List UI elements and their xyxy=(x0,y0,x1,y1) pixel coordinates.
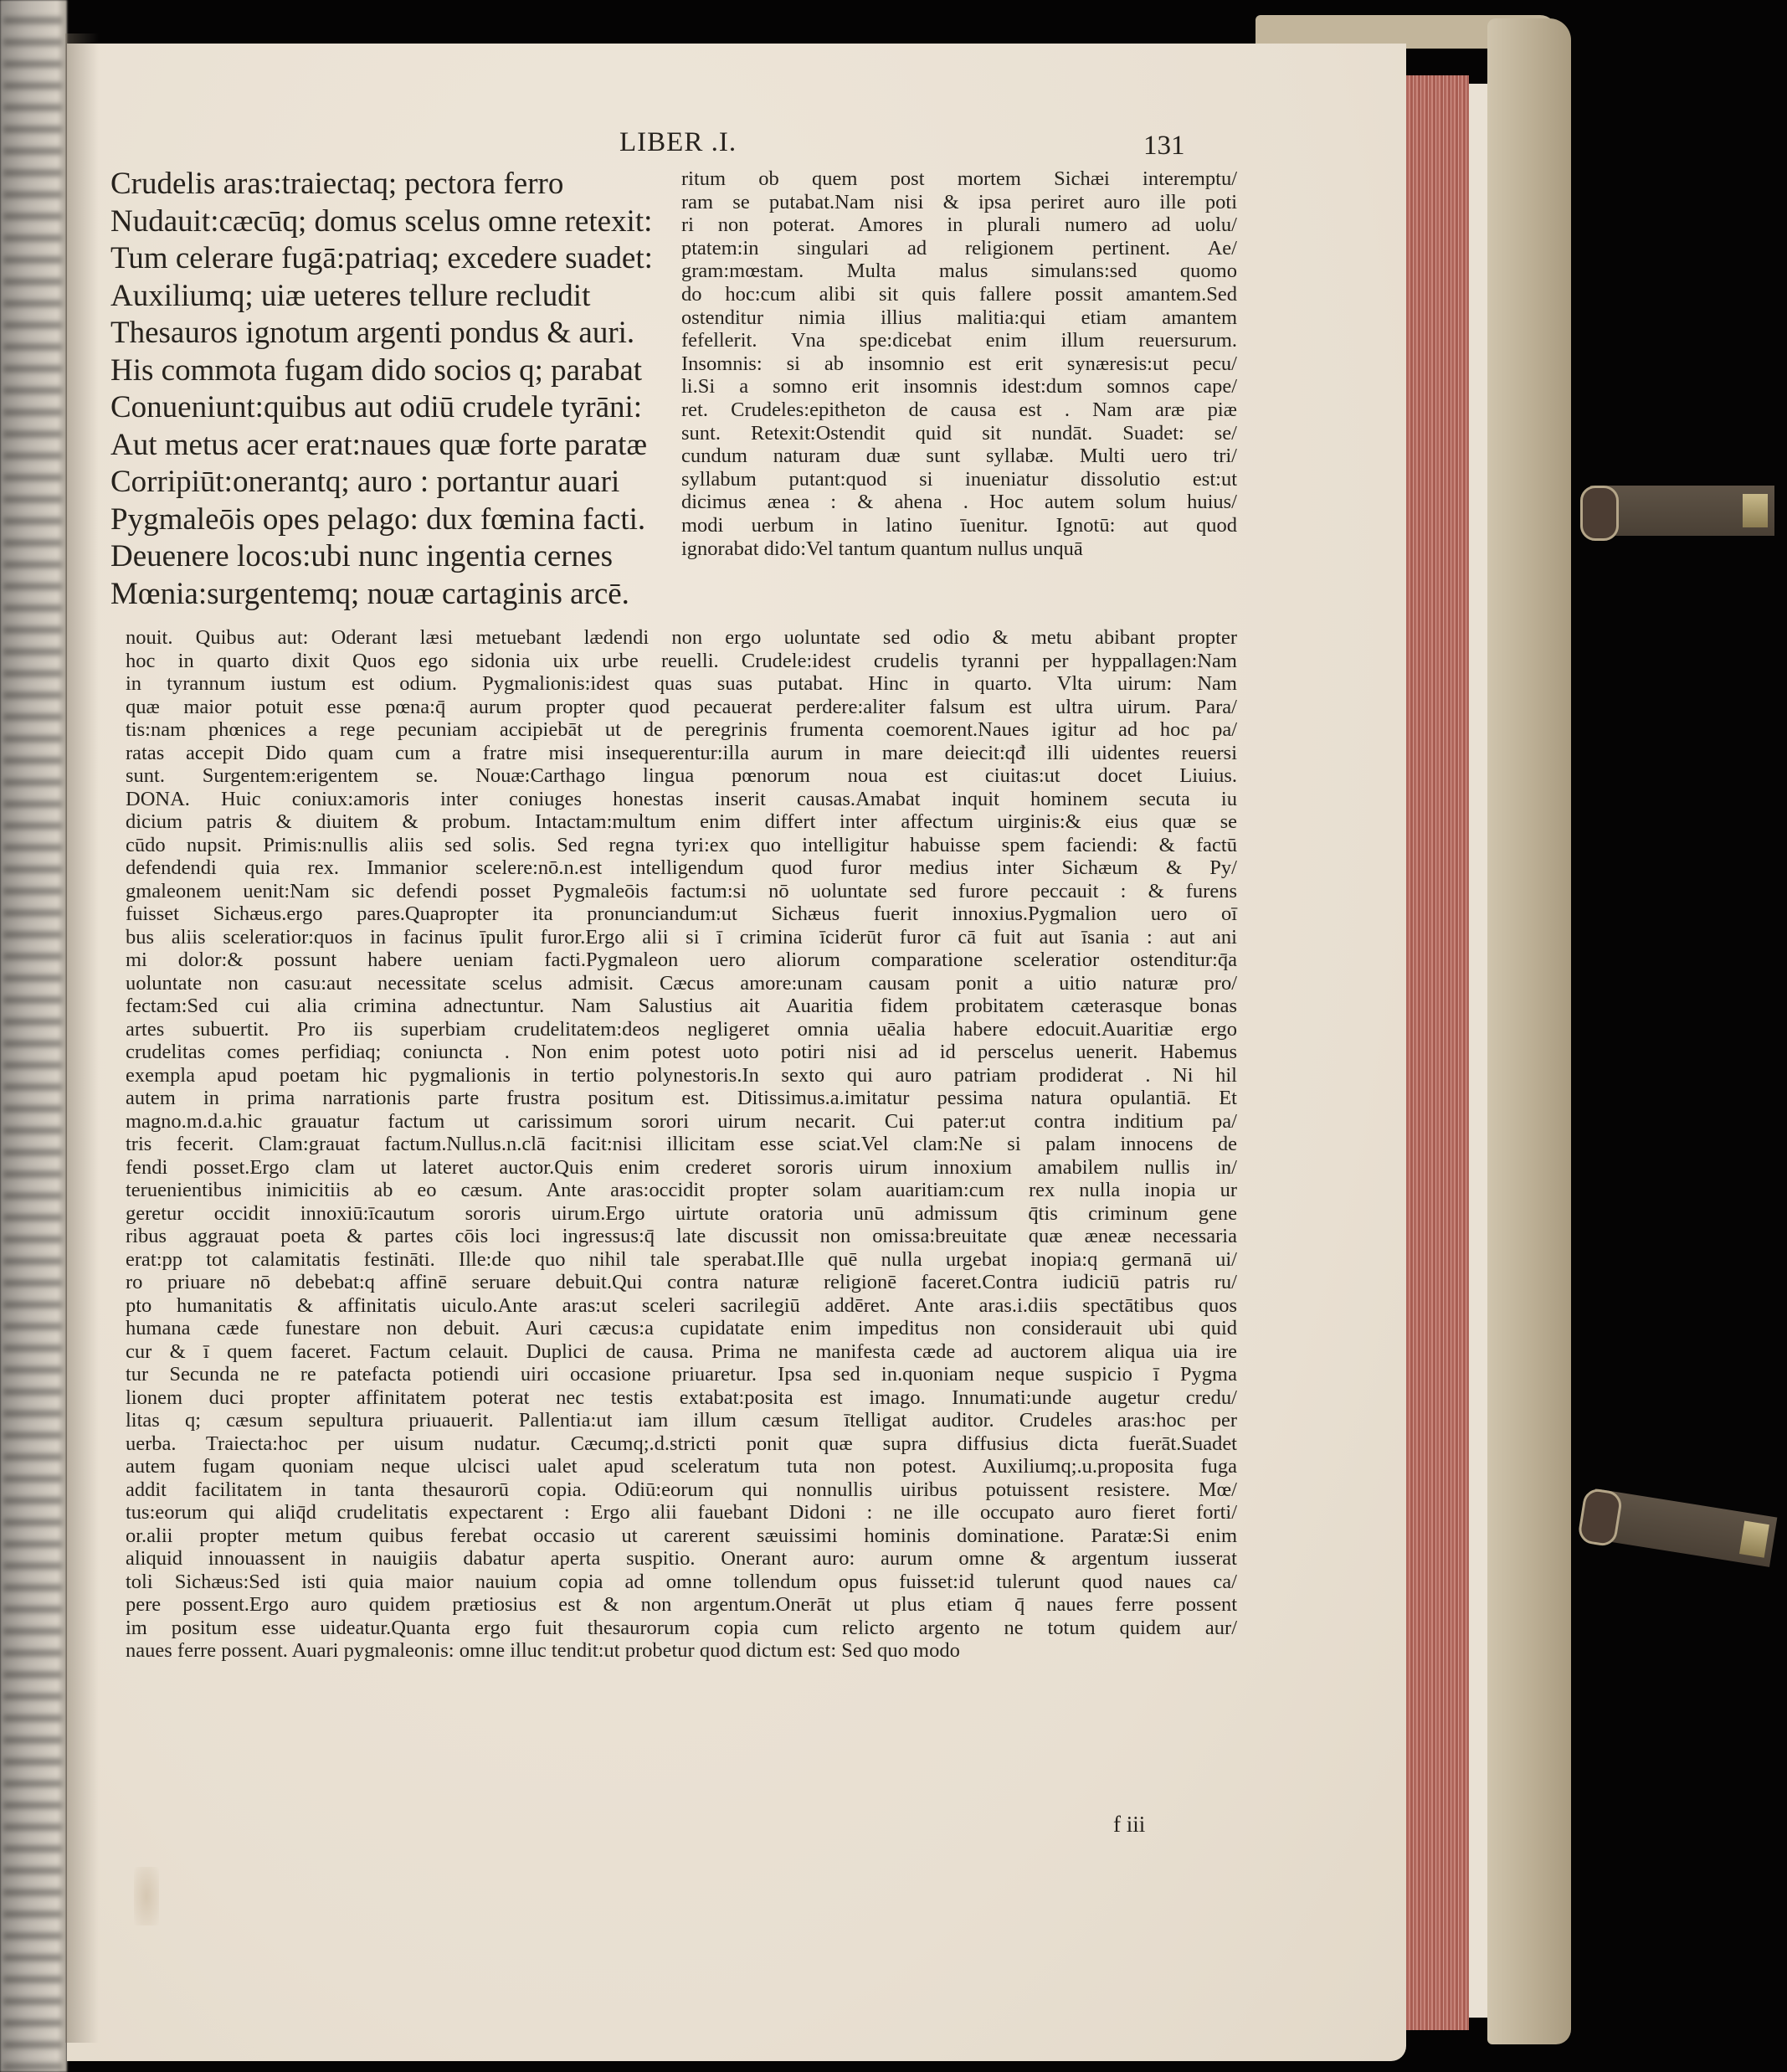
commentary-line: mi dolor:& possunt habere ueniam facti.P… xyxy=(126,949,1237,972)
verse-line: Auxiliumq; uiæ ueteres tellure recludit xyxy=(110,278,680,316)
verse-line: Deuenere locos:ubi nunc ingentia cernes xyxy=(110,538,680,576)
commentary-line: exempla apud poetam hic pygmalionis in t… xyxy=(126,1064,1237,1087)
commentary-line: crudelitas comes perfidiaq; coniuncta . … xyxy=(126,1041,1237,1064)
commentary-line: modi uerbum in latino īuenitur. Ignotū: … xyxy=(681,514,1237,537)
commentary-line: lionem duci propter affinitatem poterat … xyxy=(126,1386,1237,1410)
commentary-line: fuisset Sichæus.ergo pares.Quapropter it… xyxy=(126,902,1237,926)
verse-line: Thesauros ignotum argenti pondus & auri. xyxy=(110,315,680,352)
commentary-line: quæ maior potuit esse pœna:q̄ aurum prop… xyxy=(126,696,1237,719)
commentary-line: naues ferre possent. Auari pygmaleonis: … xyxy=(126,1639,1237,1663)
clasp-upper xyxy=(1590,486,1774,536)
commentary-line: sunt. Surgentem:erigentem se. Nouæ:Carth… xyxy=(126,764,1237,788)
commentary-line: erat:pp tot calamitatis festināti. Ille:… xyxy=(126,1248,1237,1272)
facing-page-left xyxy=(0,0,67,2072)
commentary-line: fendi posset.Ergo clam ut lateret auctor… xyxy=(126,1156,1237,1180)
signature-mark: f iii xyxy=(1113,1812,1145,1838)
commentary-line: cundum naturam duæ sunt syllabæ. Multi u… xyxy=(681,445,1237,468)
verse-line: Corripiūt:onerantq; auro : portantur aua… xyxy=(110,464,680,501)
commentary-line: DONA. Huic coniux:amoris inter coniuges … xyxy=(126,788,1237,811)
commentary-line: dicimus ænea : & ahena . Hoc autem solum… xyxy=(681,491,1237,514)
commentary-line: magno.m.d.a.hic grauatur factum ut caris… xyxy=(126,1110,1237,1134)
commentary-line: ri non poterat. Amores in plurali numero… xyxy=(681,213,1237,237)
clasp-knob-icon xyxy=(1577,1487,1624,1547)
brass-catch-icon xyxy=(1739,1521,1769,1558)
commentary-line: tis:nam phœnices a rege pecuniam accipie… xyxy=(126,718,1237,742)
facing-page-text-blur xyxy=(3,17,62,2072)
commentary-line: addit facilitatem in tanta thesaurorū co… xyxy=(126,1478,1237,1502)
commentary-line: im positum esse uideatur.Quanta ergo fui… xyxy=(126,1617,1237,1640)
commentary-line: syllabum putant:quod si inueniatur disso… xyxy=(681,468,1237,491)
commentary-line: tur Secunda ne re patefacta potiendi uir… xyxy=(126,1363,1237,1386)
commentary-line: or.alii propter metum quibus ferebat occ… xyxy=(126,1524,1237,1548)
commentary-line: litas q; cæsum sepultura priuauerit. Pal… xyxy=(126,1409,1237,1432)
commentary-line: nouit. Quibus aut: Oderant læsi metueban… xyxy=(126,626,1237,650)
gutter-shadow xyxy=(65,33,99,2043)
commentary-line: uerba. Traiecta:hoc per uisum nudatur. C… xyxy=(126,1432,1237,1456)
clasp-knob-icon xyxy=(1580,486,1619,541)
verse-line: Mœnia:surgentemq; nouæ cartaginis arcē. xyxy=(110,576,680,614)
commentary-line: cur & ī quem faceret. Factum celauit. Du… xyxy=(126,1340,1237,1364)
commentary-line: pto humanitatis & affinitatis uiculo.Ant… xyxy=(126,1294,1237,1318)
clasp-lower xyxy=(1588,1488,1778,1567)
commentary-column: ritum ob quem post mortem Sichæi interem… xyxy=(681,167,1237,560)
commentary-line: fectam:Sed cui alia crimina adnectuntur.… xyxy=(126,995,1237,1018)
verse-line: His commota fugam dido socios q; parabat xyxy=(110,352,680,390)
commentary-line: defendendi quia rex. Immanior scelere:nō… xyxy=(126,856,1237,880)
commentary-line: cūdo nupsit. Primis:nullis aliis sed sol… xyxy=(126,834,1237,857)
commentary-line: ignorabat dido:Vel tantum quantum nullus… xyxy=(681,537,1237,561)
commentary-line: ritum ob quem post mortem Sichæi interem… xyxy=(681,167,1237,191)
commentary-line: autem fugam quoniam neque ulcisci ualet … xyxy=(126,1455,1237,1478)
running-head: LIBER .I. xyxy=(619,127,737,158)
commentary-line: humana cæde funestare non debuit. Auri c… xyxy=(126,1317,1237,1340)
verse-line: Pygmaleōis opes pelago: dux fœmina facti… xyxy=(110,501,680,539)
commentary-line: pere possent.Ergo auro quidem prætiosius… xyxy=(126,1593,1237,1617)
commentary-line: ratas accepit Dido quam cum a fratre mis… xyxy=(126,742,1237,765)
verse-line: Aut metus acer erat:naues quæ forte para… xyxy=(110,427,680,465)
commentary-line: ptatem:in singulari ad religionem pertin… xyxy=(681,237,1237,260)
verse-line: Crudelis aras:traiectaq; pectora ferro xyxy=(110,166,680,203)
commentary-line: fefellerit. Vna spe:dicebat enim illum r… xyxy=(681,329,1237,352)
verse-line: Conueniunt:quibus aut odiū crudele tyrān… xyxy=(110,389,680,427)
commentary-line: ram se putabat.Nam nisi & ipsa periret a… xyxy=(681,191,1237,214)
commentary-line: gram:mœstam. Multa malus simulans:sed qu… xyxy=(681,260,1237,283)
commentary-line: li.Si a somno erit insomnis idest:dum so… xyxy=(681,375,1237,398)
commentary-line: autem in prima narrationis parte frustra… xyxy=(126,1087,1237,1110)
commentary-line: in tyrannum iustum est odium. Pygmalioni… xyxy=(126,672,1237,696)
commentary-line: tris fecerit. Clam:grauat factum.Nullus.… xyxy=(126,1133,1237,1156)
commentary-line: bus aliis sceleratior:quos in facinus īp… xyxy=(126,926,1237,949)
commentary-line: dicium patris & diuitem & probum. Intact… xyxy=(126,810,1237,834)
commentary-line: uoluntate non casu:aut necessitate scelu… xyxy=(126,972,1237,995)
commentary-line: tus:eorum qui aliq̄d crudelitatis expect… xyxy=(126,1501,1237,1524)
commentary-line: sunt. Retexit:Ostendit quid sit nundāt. … xyxy=(681,422,1237,445)
vellum-binding xyxy=(1487,18,1571,2044)
verse-line: Nudauit:cæcūq; domus scelus omne retexit… xyxy=(110,203,680,241)
brass-catch-icon xyxy=(1743,494,1768,527)
commentary-line: toli Sichæus:Sed isti quia maior nauium … xyxy=(126,1571,1237,1594)
endleaf-edge xyxy=(1469,84,1487,2018)
paper-stain xyxy=(134,1867,159,1925)
commentary-line: ribus aggrauat poeta & partes cōis loci … xyxy=(126,1225,1237,1248)
commentary-line: ret. Crudeles:epitheton de causa est . N… xyxy=(681,398,1237,422)
verse-block: Crudelis aras:traiectaq; pectora ferroNu… xyxy=(110,166,680,613)
folio-number: 131 xyxy=(1143,131,1185,162)
commentary-line: Insomnis: si ab insomnio est erit synære… xyxy=(681,352,1237,376)
commentary-line: ostenditur nimia illius malitia:qui etia… xyxy=(681,306,1237,330)
commentary-line: artes subuertit. Pro iis superbiam crude… xyxy=(126,1018,1237,1041)
commentary-full-width: nouit. Quibus aut: Oderant læsi metueban… xyxy=(126,626,1237,1663)
commentary-line: gmaleonem uenit:Nam sic defendi posset P… xyxy=(126,880,1237,903)
verse-line: Tum celerare fugā:patriaq; excedere suad… xyxy=(110,240,680,278)
commentary-line: ro priuare nō debebat:q affinē seruare d… xyxy=(126,1271,1237,1294)
commentary-line: aliquid innouassent in nauigiis dabatur … xyxy=(126,1547,1237,1571)
commentary-line: geretur occidit innoxiū:īcautum sororis … xyxy=(126,1202,1237,1226)
commentary-line: teruenientibus inimicitiis ab eo cæsum. … xyxy=(126,1179,1237,1202)
commentary-line: do hoc:cum alibi sit quis fallere possit… xyxy=(681,283,1237,306)
commentary-line: hoc in quarto dixit Quos ego sidonia uix… xyxy=(126,650,1237,673)
